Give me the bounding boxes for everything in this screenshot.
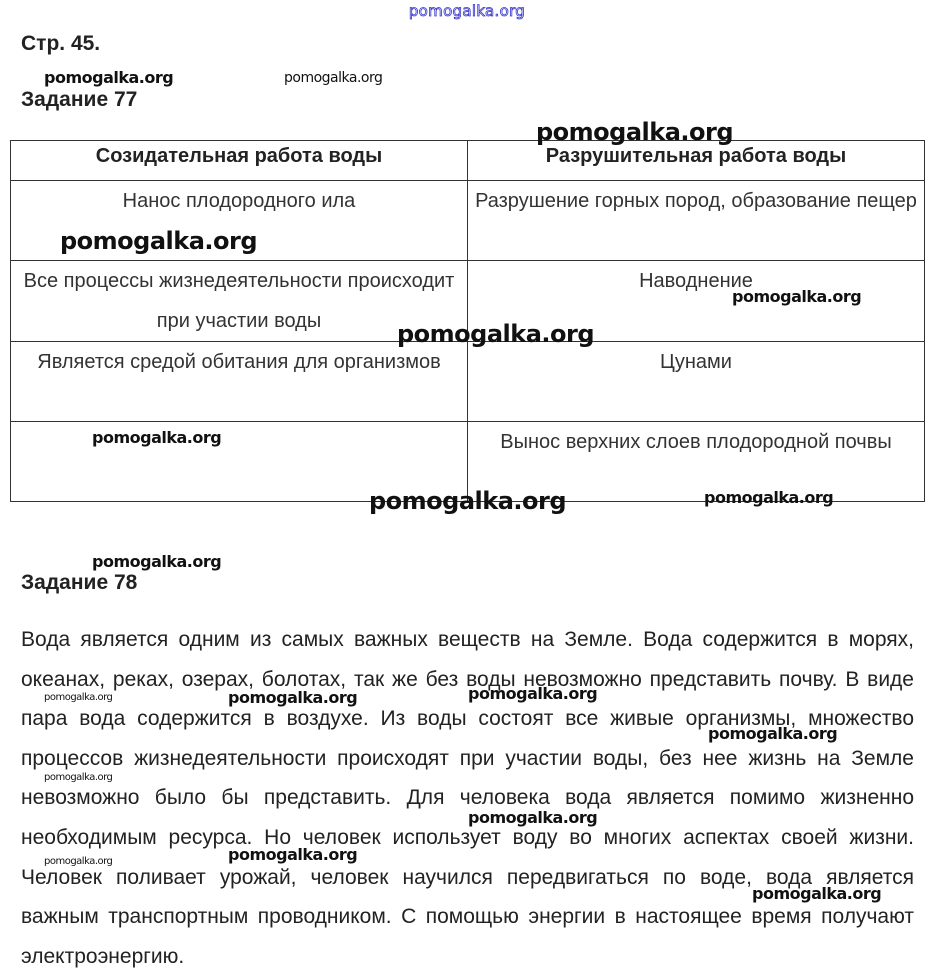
table-row: Все процессы жизнедеятельности происходи…	[11, 261, 925, 342]
table-header-row: Созидательная работа воды Разрушительная…	[11, 141, 925, 181]
task-78-text: Вода является одним из самых важных веще…	[21, 620, 914, 976]
table-cell: Разрушение горных пород, образование пещ…	[468, 181, 925, 261]
table-cell: Нанос плодородного ила	[11, 181, 468, 261]
watermark: pomogalka.org	[44, 68, 173, 87]
header-constructive: Созидательная работа воды	[11, 141, 468, 181]
page-label: Стр. 45.	[21, 32, 100, 56]
task-78-heading: Задание 78	[21, 571, 137, 595]
watermark: pomogalka.org	[284, 70, 382, 86]
table-cell: Вынос верхних слоев плодородной почвы	[468, 422, 925, 502]
table-row: Нанос плодородного ила Разрушение горных…	[11, 181, 925, 261]
task-77-heading: Задание 77	[21, 88, 137, 112]
table-row: Вынос верхних слоев плодородной почвы	[11, 422, 925, 502]
watermark: pomogalka.org	[92, 552, 221, 571]
table-cell: Является средой обитания для организмов	[11, 342, 468, 422]
top-watermark: pomogalka.org	[0, 2, 934, 20]
water-work-table: Созидательная работа воды Разрушительная…	[10, 140, 925, 502]
table-cell: Наводнение	[468, 261, 925, 342]
table-cell: Цунами	[468, 342, 925, 422]
header-destructive: Разрушительная работа воды	[468, 141, 925, 181]
table-row: Является средой обитания для организмов …	[11, 342, 925, 422]
table-cell	[11, 422, 468, 502]
table-cell: Все процессы жизнедеятельности происходи…	[11, 261, 468, 342]
